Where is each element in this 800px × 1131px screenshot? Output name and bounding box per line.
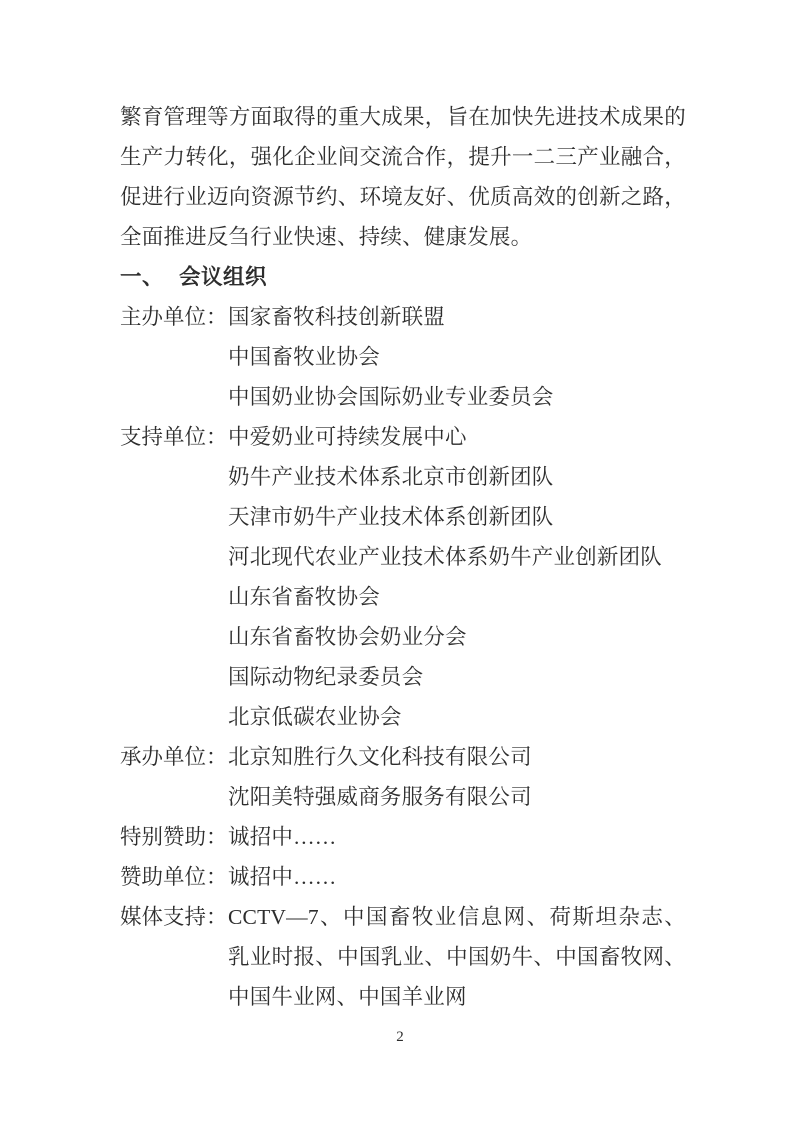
org-value: 诚招中…… — [228, 857, 686, 897]
section-heading: 一、会议组织 — [120, 257, 686, 297]
org-row-values: 中爱奶业可持续发展中心 奶牛产业技术体系北京市创新团队 天津市奶牛产业技术体系创… — [228, 417, 686, 737]
org-value: 山东省畜牧协会 — [228, 577, 686, 617]
org-row-label: 特别赞助： — [120, 817, 228, 857]
org-value: 河北现代农业产业技术体系奶牛产业创新团队 — [228, 537, 686, 577]
org-row-label: 媒体支持： — [120, 897, 228, 937]
org-value: 北京低碳农业协会 — [228, 697, 686, 737]
org-row-label: 承办单位： — [120, 737, 228, 777]
section-number: 一、 — [120, 265, 164, 289]
org-value: 中国畜牧业协会 — [228, 337, 686, 377]
org-row-label: 主办单位： — [120, 297, 228, 337]
page-number: 2 — [0, 1028, 800, 1046]
org-value: CCTV—7、中国畜牧业信息网、荷斯坦杂志、乳业时报、中国乳业、中国奶牛、中国畜… — [228, 897, 686, 1017]
org-value: 诚招中…… — [228, 817, 686, 857]
body-paragraph: 繁育管理等方面取得的重大成果，旨在加快先进技术成果的生产力转化，强化企业间交流合… — [120, 97, 686, 257]
org-value: 沈阳美特强威商务服务有限公司 — [228, 777, 686, 817]
org-row-values: 国家畜牧科技创新联盟 中国畜牧业协会 中国奶业协会国际奶业专业委员会 — [228, 297, 686, 417]
org-value: 中国奶业协会国际奶业专业委员会 — [228, 377, 686, 417]
section-title: 会议组织 — [179, 265, 267, 289]
org-row-values: 诚招中…… — [228, 857, 686, 897]
org-row-label: 赞助单位： — [120, 857, 228, 897]
org-row-organizer: 承办单位： 北京知胜行久文化科技有限公司 沈阳美特强威商务服务有限公司 — [120, 737, 686, 817]
org-row-values: 诚招中…… — [228, 817, 686, 857]
org-value: 奶牛产业技术体系北京市创新团队 — [228, 457, 686, 497]
org-row-special-sponsor: 特别赞助： 诚招中…… — [120, 817, 686, 857]
org-row-support: 支持单位： 中爱奶业可持续发展中心 奶牛产业技术体系北京市创新团队 天津市奶牛产… — [120, 417, 686, 737]
document-page: 繁育管理等方面取得的重大成果，旨在加快先进技术成果的生产力转化，强化企业间交流合… — [120, 97, 686, 1017]
org-row-values: CCTV—7、中国畜牧业信息网、荷斯坦杂志、乳业时报、中国乳业、中国奶牛、中国畜… — [228, 897, 686, 1017]
org-row-media: 媒体支持： CCTV—7、中国畜牧业信息网、荷斯坦杂志、乳业时报、中国乳业、中国… — [120, 897, 686, 1017]
org-value: 山东省畜牧协会奶业分会 — [228, 617, 686, 657]
org-row-values: 北京知胜行久文化科技有限公司 沈阳美特强威商务服务有限公司 — [228, 737, 686, 817]
org-value: 北京知胜行久文化科技有限公司 — [228, 737, 686, 777]
org-value: 国际动物纪录委员会 — [228, 657, 686, 697]
org-value: 国家畜牧科技创新联盟 — [228, 297, 686, 337]
org-value: 天津市奶牛产业技术体系创新团队 — [228, 497, 686, 537]
org-row-host: 主办单位： 国家畜牧科技创新联盟 中国畜牧业协会 中国奶业协会国际奶业专业委员会 — [120, 297, 686, 417]
org-row-label: 支持单位： — [120, 417, 228, 457]
org-value: 中爱奶业可持续发展中心 — [228, 417, 686, 457]
org-row-sponsor: 赞助单位： 诚招中…… — [120, 857, 686, 897]
